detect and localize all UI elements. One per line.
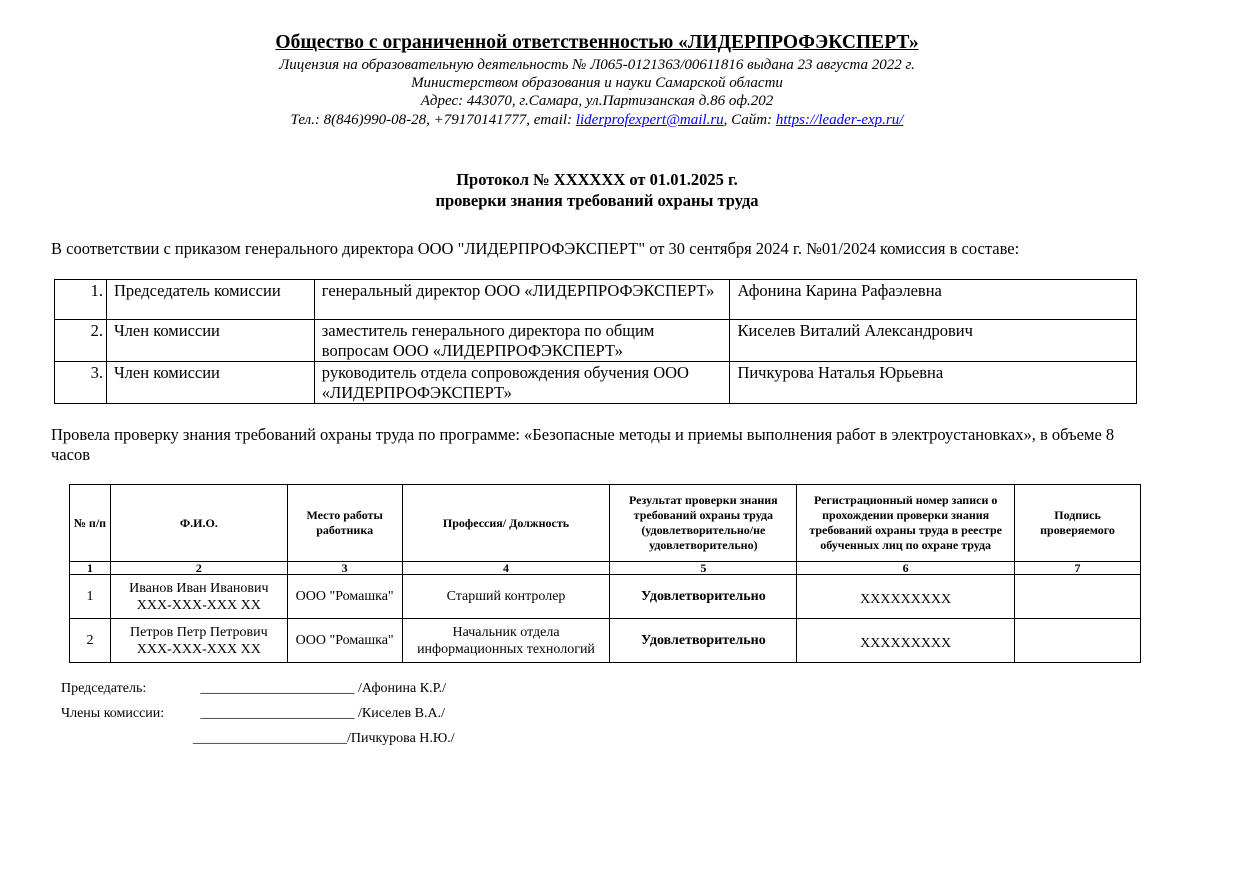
header-signature: Подпись проверяемого	[1015, 485, 1141, 562]
row-reg-number: XXXXXXXXX	[797, 575, 1015, 619]
commission-num: 3.	[55, 362, 107, 404]
commission-row: 3. Член комиссии руководитель отдела соп…	[55, 362, 1137, 404]
phone-text: Тел.: 8(846)990-08-28, +79170141777, ema…	[291, 112, 576, 128]
members-label: Члены комиссии:	[61, 706, 197, 722]
license-line: Лицензия на образовательную деятельность…	[0, 56, 1194, 74]
commission-row: 2. Член комиссии заместитель генеральног…	[55, 320, 1137, 362]
intro-paragraph: В соответствии с приказом генерального д…	[51, 239, 1019, 259]
commission-num: 2.	[55, 320, 107, 362]
site-label: , Сайт:	[724, 112, 776, 128]
row-signature	[1015, 575, 1141, 619]
commission-name: Пичкурова Наталья Юрьевна	[730, 362, 1137, 404]
column-number: 2	[110, 562, 287, 575]
member2-signature: ______________________/Пичкурова Н.Ю./	[193, 731, 455, 747]
signature-line: ______________________	[193, 731, 347, 746]
contacts-line: Тел.: 8(846)990-08-28, +79170141777, ema…	[0, 111, 1194, 129]
row-position: Начальник отдела информационных технолог…	[402, 619, 610, 663]
row-name: Петров Петр Петрович	[113, 624, 285, 641]
header-fio: Ф.И.О.	[110, 485, 287, 562]
member1-signature: Члены комиссии: ______________________ /…	[61, 706, 445, 722]
header-num: № п/п	[70, 485, 111, 562]
commission-role: Член комиссии	[106, 362, 314, 404]
chair-label: Председатель:	[61, 681, 197, 697]
row-result: Удовлетворительно	[610, 575, 797, 619]
row-position: Старший контролер	[402, 575, 610, 619]
commission-position: генеральный директор ООО «ЛИДЕРПРОФЭКСПЕ…	[314, 280, 730, 320]
organization-title: Общество с ограниченной ответственностью…	[0, 32, 1194, 54]
commission-name: Киселев Виталий Александрович	[730, 320, 1137, 362]
column-number: 7	[1015, 562, 1141, 575]
column-numbers-row: 1 2 3 4 5 6 7	[70, 562, 1141, 575]
row-workplace: ООО "Ромашка"	[287, 575, 402, 619]
chair-name: /Афонина К.Р./	[358, 681, 446, 696]
commission-role: Председатель комиссии	[106, 280, 314, 320]
results-table: № п/п Ф.И.О. Место работы работника Проф…	[69, 484, 1141, 663]
commission-table: 1. Председатель комиссии генеральный дир…	[54, 279, 1137, 404]
row-num: 2	[70, 619, 111, 663]
column-number: 6	[797, 562, 1015, 575]
commission-row: 1. Председатель комиссии генеральный дир…	[55, 280, 1137, 320]
site-link[interactable]: https://leader-exp.ru/	[776, 112, 904, 128]
row-fio: Петров Петр Петрович XXX-XXX-XXX XX	[110, 619, 287, 663]
column-number: 1	[70, 562, 111, 575]
protocol-title: Протокол № XXXXXX от 01.01.2025 г. прове…	[0, 169, 1194, 211]
signature-line: ______________________	[201, 681, 355, 696]
row-signature	[1015, 619, 1141, 663]
header-result: Результат проверки знания требований охр…	[610, 485, 797, 562]
header-position: Профессия/ Должность	[402, 485, 610, 562]
member2-name: /Пичкурова Н.Ю./	[347, 731, 455, 746]
email-link[interactable]: liderprofexpert@mail.ru	[576, 112, 724, 128]
ministry-line: Министерством образования и науки Самарс…	[0, 74, 1194, 92]
row-reg-number: XXXXXXXXX	[797, 619, 1015, 663]
column-number: 5	[610, 562, 797, 575]
protocol-title-line2: проверки знания требований охраны труда	[0, 190, 1194, 211]
address-line: Адрес: 443070, г.Самара, ул.Партизанская…	[0, 92, 1194, 110]
column-number: 4	[402, 562, 610, 575]
row-num: 1	[70, 575, 111, 619]
row-snils: XXX-XXX-XXX XX	[113, 597, 285, 614]
protocol-title-line1: Протокол № XXXXXX от 01.01.2025 г.	[0, 169, 1194, 190]
table-row: 1 Иванов Иван Иванович XXX-XXX-XXX XX ОО…	[70, 575, 1141, 619]
row-workplace: ООО "Ромашка"	[287, 619, 402, 663]
chair-signature: Председатель: ______________________ /Аф…	[61, 681, 446, 697]
row-fio: Иванов Иван Иванович XXX-XXX-XXX XX	[110, 575, 287, 619]
header-reg-number: Регистрационный номер записи о прохожден…	[797, 485, 1015, 562]
row-snils: XXX-XXX-XXX XX	[113, 641, 285, 658]
commission-position: заместитель генерального директора по об…	[314, 320, 730, 362]
header-workplace: Место работы работника	[287, 485, 402, 562]
commission-position: руководитель отдела сопровождения обучен…	[314, 362, 730, 404]
commission-num: 1.	[55, 280, 107, 320]
table-row: 2 Петров Петр Петрович XXX-XXX-XXX XX ОО…	[70, 619, 1141, 663]
signature-line: ______________________	[201, 706, 355, 721]
row-result: Удовлетворительно	[610, 619, 797, 663]
commission-name: Афонина Карина Рафаэлевна	[730, 280, 1137, 320]
row-name: Иванов Иван Иванович	[113, 580, 285, 597]
program-paragraph: Провела проверку знания требований охран…	[51, 425, 1131, 465]
column-number: 3	[287, 562, 402, 575]
results-header-row: № п/п Ф.И.О. Место работы работника Проф…	[70, 485, 1141, 562]
commission-role: Член комиссии	[106, 320, 314, 362]
member1-name: /Киселев В.А./	[358, 706, 445, 721]
